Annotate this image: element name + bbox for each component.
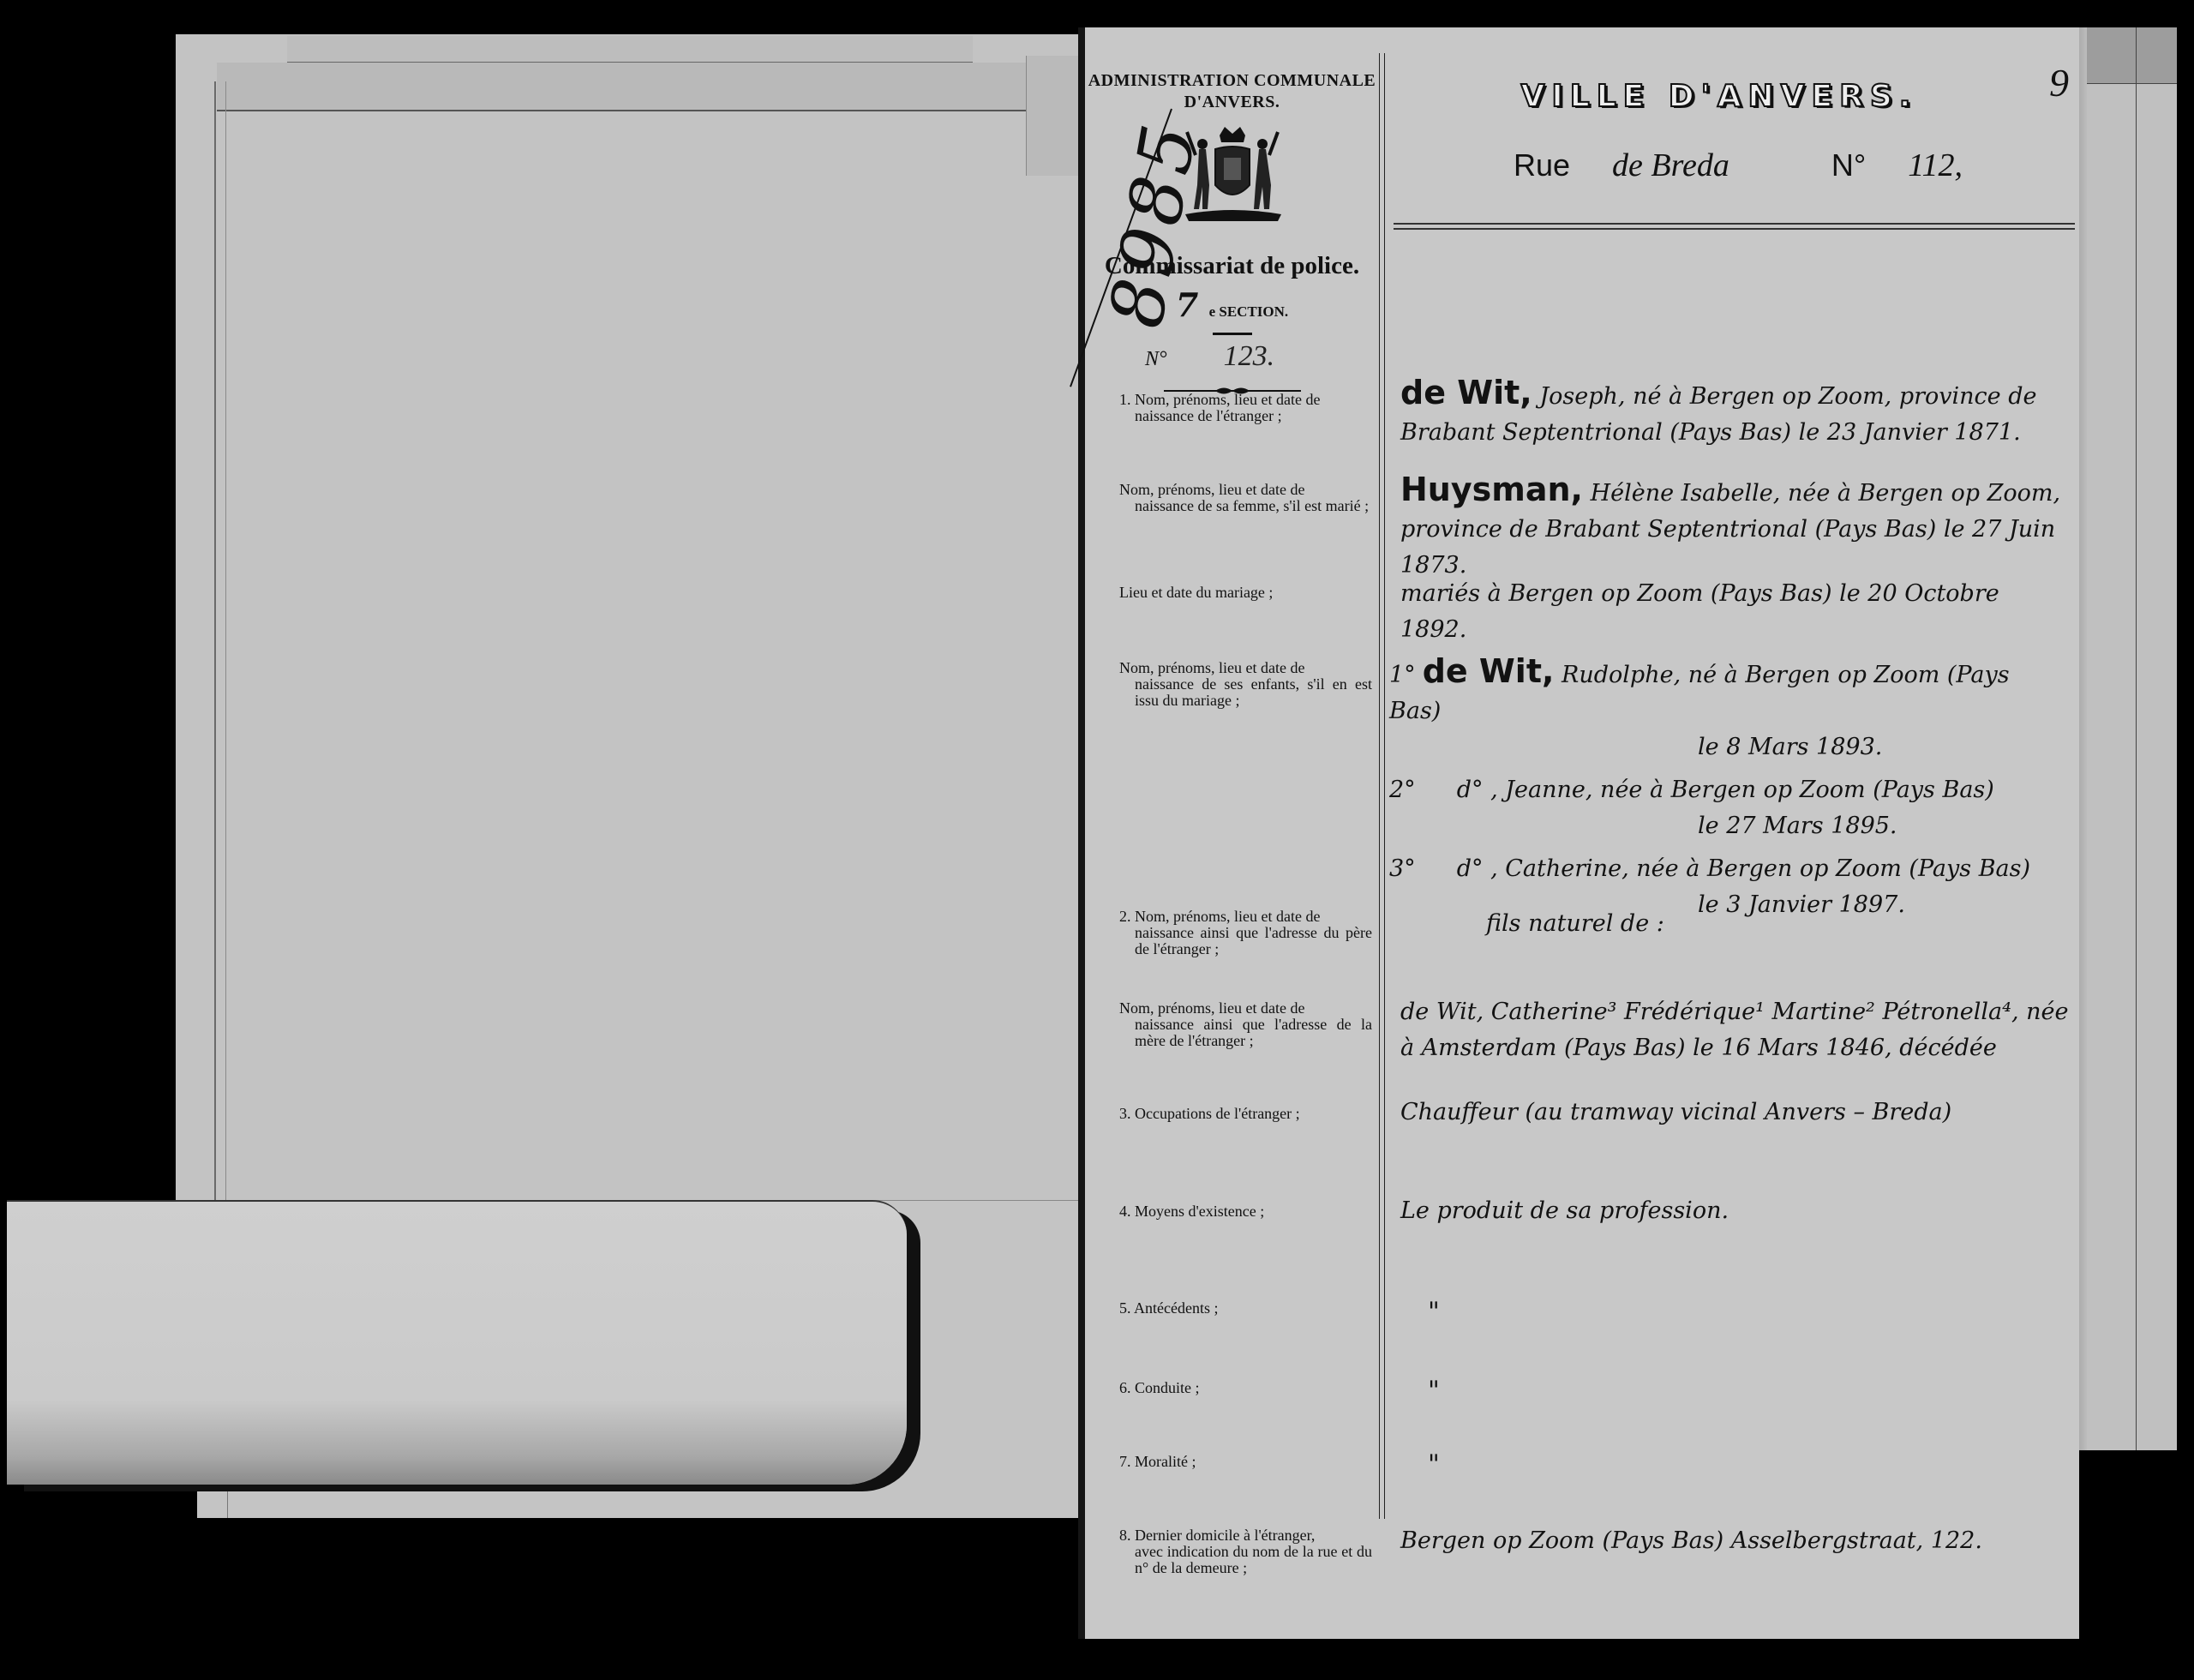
label-text-cont: naissance de sa femme, s'il est marié ; <box>1119 498 1372 514</box>
label-text: 7. Moralité ; <box>1119 1453 1196 1470</box>
page-number: 9 <box>2049 60 2069 105</box>
label-text: Lieu et date du mariage ; <box>1119 584 1273 601</box>
label-morality: 7. Moralité ; <box>1119 1454 1372 1470</box>
registration-form-page: 8985 9 ADMINISTRATION COMMUNALE D'ANVERS… <box>1078 27 2079 1639</box>
label-text: Nom, prénoms, lieu et date de <box>1119 659 1304 676</box>
child-number: 3° <box>1389 855 1416 882</box>
child-birth-date: le 27 Mars 1895. <box>1389 808 2058 844</box>
label-text-cont: naissance ainsi que l'adresse de la mère… <box>1119 1017 1372 1049</box>
value-foreigner-identity: de Wit, Joseph, né à Bergen op Zoom, pro… <box>1400 375 2069 451</box>
left-page-corner-tab <box>1026 56 1078 176</box>
child-surname-ditto: d° <box>1457 777 1484 803</box>
label-marriage: Lieu et date du mariage ; <box>1119 585 1372 601</box>
foreigner-surname: de Wit, <box>1400 374 1532 411</box>
label-wife-identity: Nom, prénoms, lieu et date de naissance … <box>1119 482 1372 514</box>
file-number-line: N° 123. <box>1085 340 1379 373</box>
child-birth-date: le 8 Mars 1893. <box>1389 729 2058 765</box>
file-number-label: N° <box>1145 348 1167 370</box>
value-means-of-existence: Le produit de sa profession. <box>1400 1193 2069 1229</box>
child-entry: 2°d° , Jeanne, née à Bergen op Zoom (Pay… <box>1389 772 2058 844</box>
value-occupation: Chauffeur (au tramway vicinal Anvers – B… <box>1400 1095 2069 1131</box>
short-rule <box>1213 333 1252 335</box>
value-conduct: " <box>1428 1373 2096 1409</box>
section-line: 7 e SECTION. <box>1085 285 1379 324</box>
label-father: 2. Nom, prénoms, lieu et date de naissan… <box>1119 909 1372 957</box>
commissariat-label: Commissariat de police. <box>1085 252 1379 280</box>
rue-label: Rue <box>1514 147 1570 183</box>
child-number: 2° <box>1389 777 1416 803</box>
label-foreigner-identity: 1. Nom, prénoms, lieu et date de naissan… <box>1119 392 1372 424</box>
value-wife-identity: Huysman, Hélène Isabelle, née à Bergen o… <box>1400 471 2069 584</box>
label-text: 8. Dernier domicile à l'étranger, <box>1119 1527 1315 1544</box>
column-divider <box>1379 53 1385 1519</box>
left-page-top-tab <box>287 36 973 63</box>
admin-title-line1: ADMINISTRATION COMMUNALE <box>1085 70 1379 92</box>
label-text: 3. Occupations de l'étranger ; <box>1119 1105 1300 1122</box>
file-number-value: 123. <box>1224 340 1275 372</box>
left-page-top-strip <box>217 63 1078 111</box>
value-antecedents: " <box>1428 1294 2096 1330</box>
child-name: , Catherine, née à Bergen op Zoom (Pays … <box>1483 855 2030 882</box>
value-last-domicile: Bergen op Zoom (Pays Bas) Asselbergstraa… <box>1400 1523 2069 1559</box>
admin-title-line2: D'ANVERS. <box>1085 92 1379 113</box>
label-text: Nom, prénoms, lieu et date de <box>1119 999 1304 1017</box>
label-text-cont: avec indication du nom de la rue et du n… <box>1119 1544 1372 1576</box>
house-number-value: 112, <box>1908 147 1963 183</box>
administration-header: ADMINISTRATION COMMUNALE D'ANVERS. Commi… <box>1085 70 1379 401</box>
child-name: , Jeanne, née à Bergen op Zoom (Pays Bas… <box>1483 777 1993 803</box>
underlying-page-edge <box>2065 27 2177 1450</box>
value-marriage: mariés à Bergen op Zoom (Pays Bas) le 20… <box>1400 576 2069 648</box>
left-page-margin-line <box>214 81 216 1209</box>
value-children: 1°de Wit, Rudolphe, né à Bergen op Zoom … <box>1389 653 2058 923</box>
label-text-cont: naissance de l'étranger ; <box>1119 408 1372 424</box>
label-children: Nom, prénoms, lieu et date de naissance … <box>1119 660 1372 709</box>
label-text-cont: naissance ainsi que l'adresse du père de… <box>1119 925 1372 957</box>
label-text: 5. Antécédents ; <box>1119 1299 1218 1317</box>
label-mother: Nom, prénoms, lieu et date de naissance … <box>1119 1000 1372 1049</box>
label-text: 4. Moyens d'existence ; <box>1119 1203 1264 1220</box>
rue-value: de Breda <box>1612 147 1729 183</box>
label-text: 2. Nom, prénoms, lieu et date de <box>1119 908 1320 925</box>
label-text: Nom, prénoms, lieu et date de <box>1119 481 1304 498</box>
value-morality: " <box>1428 1447 2096 1483</box>
left-page-blank <box>176 34 1078 1209</box>
value-mother: de Wit, Catherine³ Frédérique¹ Martine² … <box>1400 994 2069 1066</box>
city-title-block: VILLE D'ANVERS. Rue de Breda N° 112, <box>1394 79 2045 184</box>
child-number: 1° <box>1389 662 1416 688</box>
label-conduct: 6. Conduite ; <box>1119 1380 1372 1396</box>
folded-paper-flap <box>7 1200 907 1485</box>
city-title: VILLE D'ANVERS. <box>1394 79 2045 114</box>
section-label: e SECTION. <box>1209 303 1289 320</box>
value-father: fils naturel de : <box>1400 906 2155 942</box>
wife-surname: Huysman, <box>1400 471 1583 508</box>
child-surname: de Wit, <box>1423 652 1555 690</box>
child-entry: 1°de Wit, Rudolphe, né à Bergen op Zoom … <box>1389 653 2058 765</box>
label-antecedents: 5. Antécédents ; <box>1119 1300 1372 1317</box>
label-means-of-existence: 4. Moyens d'existence ; <box>1119 1203 1372 1220</box>
coat-of-arms-icon <box>1177 125 1288 224</box>
section-number: 7 <box>1176 285 1198 324</box>
label-text-cont: naissance de ses enfants, s'il en est is… <box>1119 676 1372 709</box>
label-occupation: 3. Occupations de l'étranger ; <box>1119 1106 1372 1122</box>
address-line: Rue de Breda N° 112, <box>1394 147 2045 184</box>
child-surname-ditto: d° <box>1457 855 1484 882</box>
left-page-margin-line-2 <box>225 81 226 1209</box>
header-double-rule <box>1394 223 2075 230</box>
label-text: 6. Conduite ; <box>1119 1379 1200 1396</box>
label-text: 1. Nom, prénoms, lieu et date de <box>1119 391 1320 408</box>
house-number-label: N° <box>1831 147 1866 183</box>
label-last-domicile: 8. Dernier domicile à l'étranger, avec i… <box>1119 1527 1372 1576</box>
underlying-page-line <box>2136 27 2137 1450</box>
